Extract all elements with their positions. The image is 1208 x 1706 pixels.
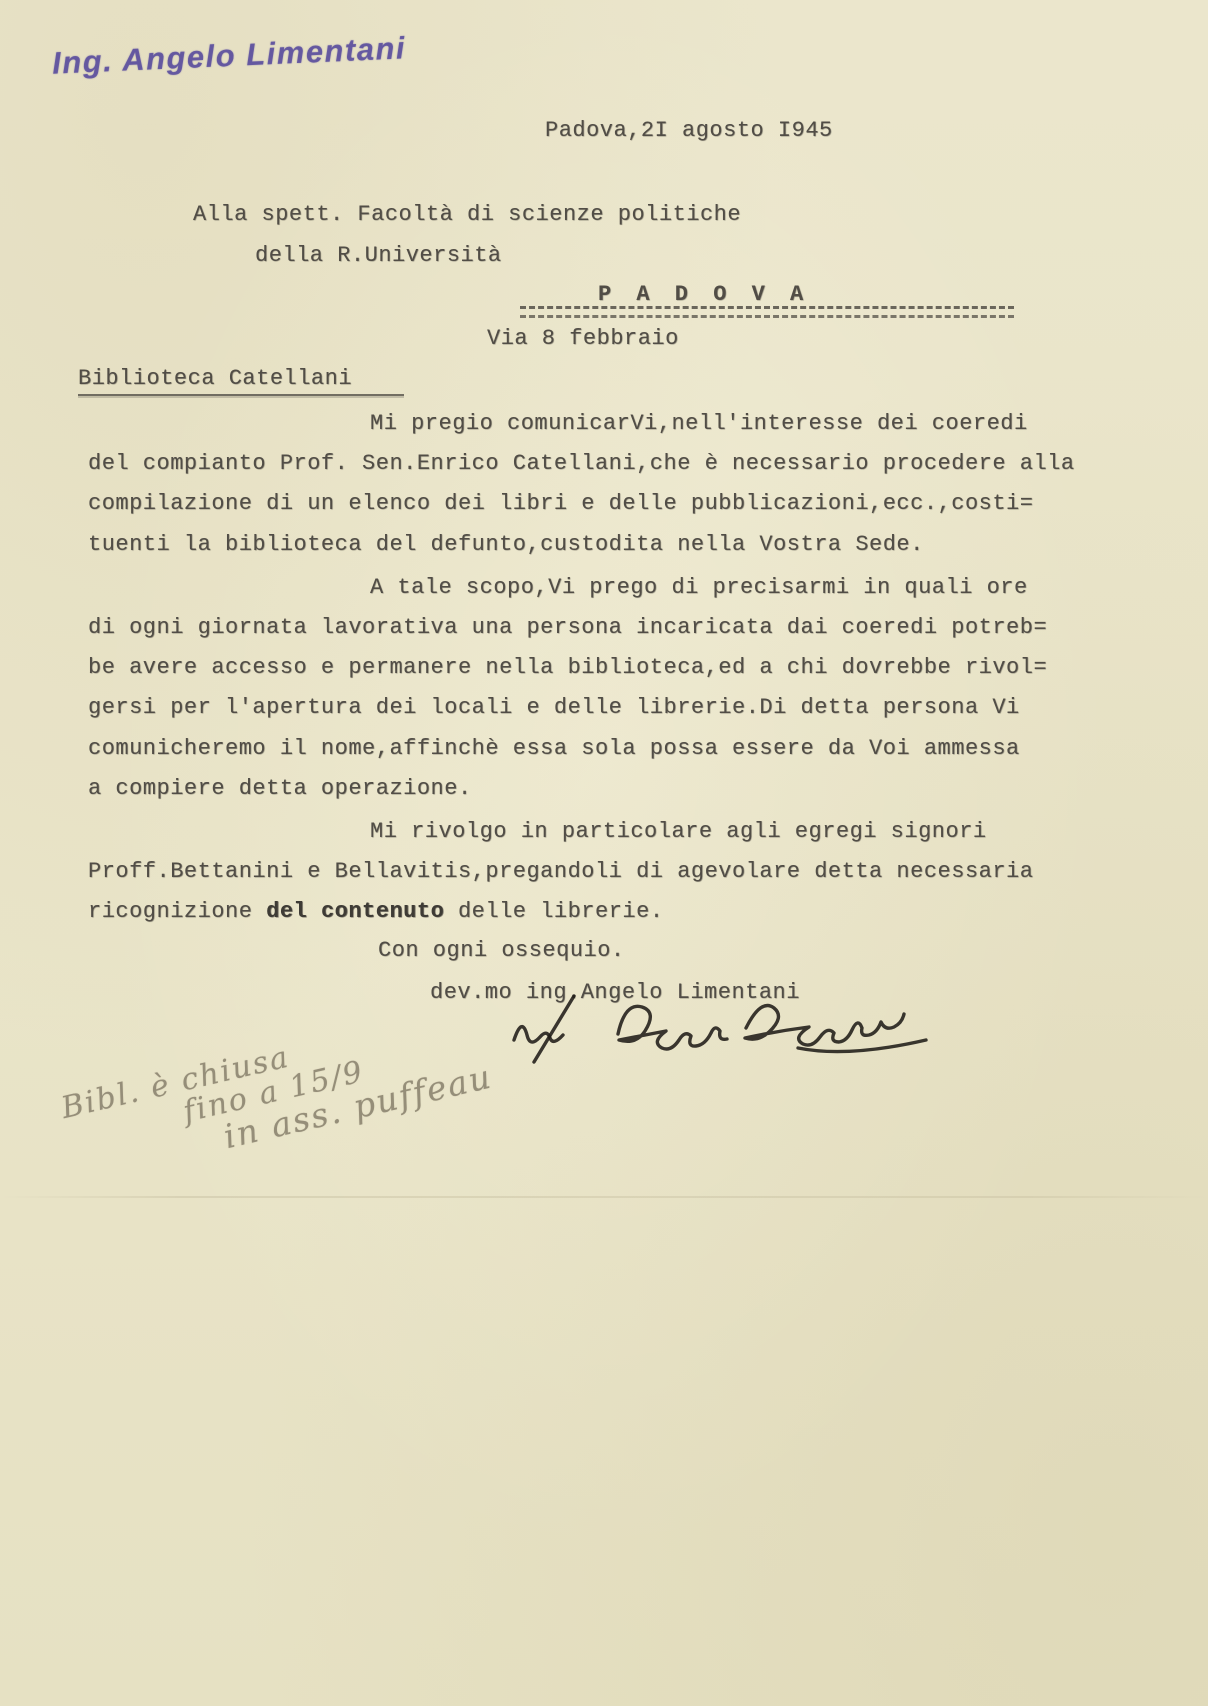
body-text: compilazione di un elenco dei libri e de… <box>88 491 1033 516</box>
body-text: tuenti la biblioteca del defunto,custodi… <box>88 532 924 557</box>
body-text: comunicheremo il nome,affinchè essa sola… <box>88 736 1020 761</box>
pencil-annotation: Bibl. è chiusa fino a 15/9 in ass. puffe… <box>58 996 496 1190</box>
closing-salutation: Con ogni ossequio. <box>378 938 625 963</box>
body-line: Mi rivolgo in particolare agli egregi si… <box>88 812 1118 852</box>
recipient-city: P A D O V A <box>598 282 809 307</box>
body-line: Mi pregio comunicarVi,nell'interesse dei… <box>88 404 1118 444</box>
body-text: di ogni giornata lavorativa una persona … <box>88 615 1047 640</box>
body-line: gersi per l'apertura dei locali e delle … <box>88 688 1118 728</box>
body-text: A tale scopo,Vi prego di precisarmi in q… <box>370 575 1028 600</box>
body-text: delle librerie. <box>444 899 663 924</box>
paper-fold-crease <box>0 1196 1208 1198</box>
dateline: Padova,2I agosto I945 <box>545 118 833 143</box>
body-text: ricognizione <box>88 899 266 924</box>
body-text: del compianto Prof. Sen.Enrico Catellani… <box>88 451 1075 476</box>
letter-page: Ing. Angelo Limentani Padova,2I agosto I… <box>0 0 1208 1706</box>
body-text: Proff.Bettanini e Bellavitis,pregandoli … <box>88 859 1033 884</box>
sender-name-stamp: Ing. Angelo Limentani <box>51 30 406 81</box>
body-text: a compiere detta operazione. <box>88 776 472 801</box>
body-line: comunicheremo il nome,affinchè essa sola… <box>88 729 1118 769</box>
body-text: Mi pregio comunicarVi,nell'interesse dei… <box>370 411 1028 436</box>
body-text: gersi per l'apertura dei locali e delle … <box>88 695 1020 720</box>
body-line: compilazione di un elenco dei libri e de… <box>88 484 1118 524</box>
body-line: A tale scopo,Vi prego di precisarmi in q… <box>88 568 1118 608</box>
body-line: di ogni giornata lavorativa una persona … <box>88 608 1118 648</box>
subject-line: Biblioteca Catellani <box>78 366 404 396</box>
body-line: tuenti la biblioteca del defunto,custodi… <box>88 525 1118 565</box>
body-text: be avere accesso e permanere nella bibli… <box>88 655 1047 680</box>
body-line: ricognizione del contenuto delle libreri… <box>88 892 1118 932</box>
city-double-underline-decoration <box>520 306 1014 318</box>
body-line: a compiere detta operazione. <box>88 769 1118 809</box>
handwritten-signature <box>498 982 948 1077</box>
body-line: Proff.Bettanini e Bellavitis,pregandoli … <box>88 852 1118 892</box>
body-text-emphasis: del contenuto <box>266 899 444 924</box>
recipient-line-2: della R.Università <box>255 243 502 268</box>
body-line: del compianto Prof. Sen.Enrico Catellani… <box>88 444 1118 484</box>
body-line: be avere accesso e permanere nella bibli… <box>88 648 1118 688</box>
recipient-street: Via 8 febbraio <box>487 326 679 351</box>
body-text: Mi rivolgo in particolare agli egregi si… <box>370 819 987 844</box>
letter-body: Mi pregio comunicarVi,nell'interesse dei… <box>88 404 1118 932</box>
recipient-line-1: Alla spett. Facoltà di scienze politiche <box>193 202 741 227</box>
